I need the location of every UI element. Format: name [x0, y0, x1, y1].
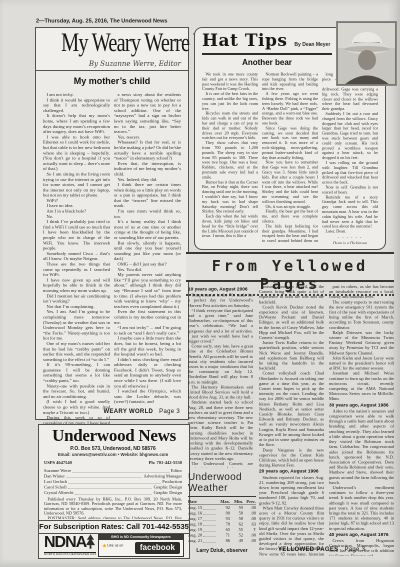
weary-continuation-slug: WEARY WORLDPage 3 — [104, 408, 180, 416]
weather-date: Aug. 21 — [188, 538, 202, 544]
dotted-leader — [68, 489, 152, 490]
paragraph: 40 years ago, August 1976 — [329, 532, 394, 537]
paragraph: It’s a funny reality that I think most o… — [114, 219, 181, 240]
paragraph: Students reported for classes Aug. 21, n… — [259, 475, 324, 506]
paragraph: So I am sitting in the living room tryin… — [43, 171, 110, 197]
folio-line: 2—Thursday, Aug. 25, 2016, The Underwood… — [36, 18, 296, 26]
weather-table: Date Max. Min. Prec. Aug. 15 92 59 .00 — [188, 499, 256, 545]
paragraph: - - - - - - — [322, 235, 378, 240]
hat-tips-byline: By Dean Meyer — [294, 42, 330, 48]
dotted-leader — [66, 478, 142, 479]
folio-text: 2—Thursday, Aug. 25, 2016, The Underwood… — [36, 18, 296, 24]
facebook-promo-box: BHG is ND Community Newspapers 👍 Like us… — [98, 534, 184, 557]
paragraph: Later, Dean. — [322, 229, 378, 234]
paragraph: Underwood’s enrollment continues to foll… — [329, 485, 394, 531]
paragraph: Students started back to school Aug. 28,… — [188, 400, 253, 461]
paragraph: 10 years ago, August 2006 — [188, 287, 253, 292]
paragraph: “I think everyone that participated had … — [188, 308, 253, 344]
yellowed-pages-banner: From Yellowed Pages — [186, 252, 394, 282]
weather-observer: Larry Dziuk, observer — [188, 548, 256, 555]
dotted-leader — [203, 509, 216, 510]
weather-max: 86 — [217, 538, 230, 544]
hat-tips-column-3: long piece of driftwood. Gage was carryi… — [322, 72, 378, 244]
weary-masthead: My Weary Werre World By Suzanne Werre, E… — [36, 28, 188, 71]
pine-tree-icon — [86, 534, 95, 549]
paragraph: But slowly, silently it happens, until o… — [114, 240, 181, 261]
legal-paragraph: POSTMASTER: Send address changes to The … — [44, 516, 182, 519]
paragraph: Finally, the bear got the best of me, an… — [262, 209, 318, 224]
yellowed-column-1: 10 years ago, August 2006Temperatures in… — [188, 284, 253, 468]
paragraph: Did I mention her air conditioning isn’t… — [43, 293, 110, 304]
paragraph: (I wish I had a good smelly cheese to go… — [43, 399, 110, 415]
weary-title: My Weary Werre World — [36, 28, 188, 58]
paragraph: a news story about the residents of Thom… — [114, 92, 181, 134]
paragraph: Jonathan and Michael Weiss continue to b… — [329, 371, 394, 402]
paragraph: Ralph Driessen was the lucky winner of t… — [329, 330, 394, 356]
fb-box-header: BHG is ND Community Newspapers — [99, 535, 183, 540]
ndna-logo: NDNA NORTH DAKOTA NEWSPAPER ASSOCIATION — [44, 534, 96, 557]
weary-column-2: a news story about the residents of Thom… — [114, 92, 181, 432]
paragraph: Suddenly I let out a roar and charged fr… — [322, 111, 378, 160]
masthead-box: Underwood News P.O. Box 573, Underwood, … — [38, 424, 190, 559]
paragraph: I have now given up and will hopefully b… — [43, 277, 110, 293]
usps-number: USPS 4647540 — [44, 460, 72, 465]
paragraph: The county expects to start testing the … — [329, 299, 394, 330]
paragraph: Reminds me of a story Grandpa Jack used … — [322, 195, 378, 229]
dotted-leader — [203, 515, 216, 516]
masthead-contact: Email: unnews@westriv.com • Website: bhg… — [39, 452, 187, 457]
weather-title: Underwood Weather — [188, 472, 256, 497]
paragraph: seasons’ one-win record, and the Comets … — [259, 284, 324, 304]
staff-row: Crystal Albrecht Graphic Design — [44, 490, 182, 496]
paragraph: Aides to the nation’s senators and congr… — [329, 408, 394, 485]
dotted-leader — [69, 483, 161, 484]
paragraph: 30 years ago, August 1986 — [329, 403, 394, 408]
paragraph: It is one of the best fairs in the count… — [202, 92, 258, 112]
yellowed-column-3: past in others, as she has become an inv… — [329, 284, 394, 556]
dotted-leader — [73, 472, 170, 473]
paragraph: Even that, the interruption, is indicati… — [114, 161, 181, 177]
paragraph: The Underwood Comets are hoping to impro… — [188, 461, 253, 468]
paragraph: Come early, stay late, have a great time… — [188, 344, 253, 385]
legal-paragraph: Published every Thursday by BHG, Inc., P… — [44, 497, 182, 516]
paragraph: Even the first statement in this column … — [114, 309, 181, 325]
paragraph: A few years ago we went fishing there. F… — [262, 92, 318, 126]
paragraph: past in others, as she has become an inv… — [329, 284, 394, 299]
dotted-leader — [203, 526, 216, 527]
weary-headline: My mother’s child — [36, 76, 188, 87]
paragraph: Coach Kevin Dockter noted the experience… — [259, 304, 324, 340]
paragraph: My parents never said anything like “I’l… — [114, 272, 181, 309]
paragraph: I was rolling on the ground with laughte… — [322, 160, 378, 184]
hat-tips-headline: Another bear — [202, 58, 332, 68]
paragraph: Yes, I am. And I’m going to be complaini… — [43, 309, 110, 341]
weather-row: Aug. 21 86 49 .00 — [188, 538, 256, 544]
facebook-wordmark: facebook — [135, 542, 180, 554]
dotted-leader — [203, 537, 216, 538]
weather-prec: .00 — [243, 538, 256, 544]
dotted-leader — [203, 531, 216, 532]
paragraph: I didn’t miss checking three email addre… — [114, 357, 181, 389]
legal-text: Published every Thursday by BHG, Inc., P… — [39, 497, 187, 519]
hat-tips-author-photo — [336, 21, 397, 86]
like-us-label: Like us on — [107, 544, 123, 548]
paragraph: I think it would be appropriate to say t… — [43, 97, 110, 113]
cowboy-hat-portrait-icon — [337, 22, 396, 85]
masthead-address: P.O. Box 573, Underwood, ND 58576 — [39, 446, 187, 452]
paragraph: 20 years ago, August 1996 — [259, 469, 324, 474]
paragraph: John Kiehn and Jason Leroy were named to… — [329, 355, 394, 370]
staff-list: Suzanne Werre Editor Dan Winter Advertis… — [39, 468, 187, 496]
paragraph: I watched the Olympics, which sans the L… — [114, 389, 181, 405]
paragraph: I maybe care a little more than she does… — [114, 336, 181, 357]
paragraph: I was able to hook onto her Ethernet so … — [43, 134, 110, 171]
paragraph: Whaaaaat? Is that for real, or is he/she… — [114, 140, 181, 161]
weary-byline: By Suzanne Werre, Editor — [89, 60, 181, 69]
newspaper-name: Underwood News — [39, 426, 189, 446]
paragraph: If it’s 90-something, I can guarantee I … — [43, 362, 110, 383]
weary-werre-world-column: My Weary Werre World By Suzanne Werre, E… — [35, 27, 189, 420]
paragraph: I’m sure mom would think so, too. — [114, 209, 181, 220]
yellowed-column-2: seasons’ one-win record, and the Comets … — [259, 284, 324, 556]
hat-tips-column-2: Norman Rockwell painting – a rope hangin… — [262, 72, 318, 244]
paragraph: Since Gage was doing the casting, we soo… — [262, 126, 318, 160]
paragraph: We took in one more county fair and got … — [202, 72, 258, 92]
paragraph: I think I’ve probably just tried to find… — [43, 219, 110, 251]
paragraph: Now you have to remember that Gage was l… — [262, 160, 318, 204]
dotted-leader — [75, 494, 152, 495]
paragraph: Note to self: Grandma is not scared of b… — [322, 185, 378, 195]
paragraph: Dusty Vangsnes is the new supervisor for… — [259, 447, 324, 467]
hat-tips-column-1: We took in one more county fair and got … — [202, 72, 258, 244]
staff-role: Graphic Design — [154, 490, 182, 496]
dotted-leader — [203, 542, 216, 543]
hat-tips-masthead: Hat Tips By Dean Meyer — [202, 30, 332, 55]
yellowed-continuation-slug: YELLOWED PAGESPage 3 — [278, 546, 365, 554]
paragraph: Comet volleyball coach Chad Oberlander i… — [259, 371, 324, 448]
paragraph: Ninety-one with possible rain in the for… — [43, 383, 110, 399]
paragraph: Somebody named Cisco – that’s all I know… — [43, 251, 110, 262]
paragraph: Each day when the fair winds down, kids … — [202, 214, 258, 238]
hat-tips-title: Hat Tips — [202, 31, 287, 51]
paragraph: Those are the two things that came up re… — [43, 262, 110, 278]
paragraph: The Harmony Homemakers and United Blood … — [188, 384, 253, 399]
weather-box: Underwood Weather Date Max. Min. Prec. A… — [188, 472, 256, 555]
dotted-leader — [203, 520, 216, 521]
phone-number: Ph: 701-442-5530 — [149, 460, 182, 465]
paragraph: It doesn’t help that my mom’s home, wher… — [43, 113, 110, 134]
paragraph: Rumor has it that at the Corner Bar, on … — [202, 180, 258, 214]
paragraph: I think there are certain times when doi… — [114, 182, 181, 208]
newspaper-page: 2—Thursday, Aug. 25, 2016, The Underwood… — [0, 0, 400, 567]
weary-column-1: I am not techy.I think it would be appro… — [43, 92, 110, 432]
paragraph: Temperatures in the 70s made for a perfe… — [188, 293, 253, 308]
subscription-rates-bar: For Subscription Rates: Call 701-442-553… — [39, 520, 189, 534]
paragraph: “I am not techy” ... and I’m going to ta… — [114, 325, 181, 336]
weather-min: 49 — [230, 538, 243, 544]
paragraph: Norman Rockwell painting – a rope hangin… — [262, 72, 318, 92]
staff-name: Crystal Albrecht — [44, 490, 74, 496]
paragraph: Junior Tavis Kulke returns to the quarte… — [259, 340, 324, 371]
paragraph: They show calves that vary from 700 poun… — [202, 141, 258, 180]
paragraph: The kids kept hollering for their grandp… — [262, 224, 318, 244]
paragraph: One of my mom’s nurses told her that he … — [43, 341, 110, 362]
paragraph: Dean is a Dickinson — [322, 241, 378, 244]
ndna-caption: NORTH DAKOTA NEWSPAPER ASSOCIATION — [44, 553, 96, 557]
paragraph: Bicycles roam the streets and kids can w… — [202, 111, 258, 140]
